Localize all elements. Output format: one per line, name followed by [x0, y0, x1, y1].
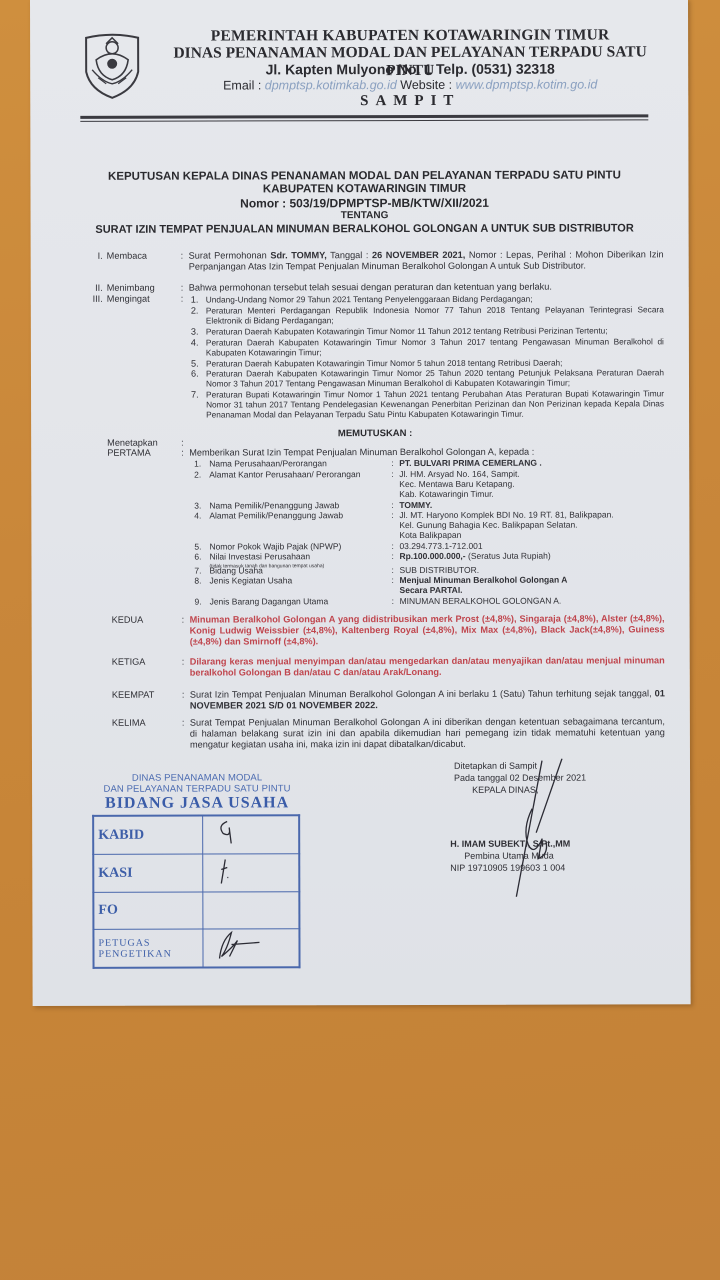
kabid-initial-icon — [203, 815, 300, 854]
law-item: Undang-Undang Nomor 29 Tahun 2021 Tentan… — [206, 293, 664, 304]
law-item: Peraturan Daerah Kabupaten Kotawaringin … — [206, 336, 664, 357]
email-label: Email : — [223, 78, 261, 92]
law-item: Peraturan Bupati Kotawaringin Timur Nomo… — [206, 388, 664, 419]
signatory-rank: Pembina Utama Muda — [464, 850, 664, 862]
letterhead-address: Jl. Kapten Mulyono No. 1 Telp. (0531) 32… — [150, 60, 670, 77]
stamp-table: KABID KASI FO PETUGAS PENGETIKAN — [92, 814, 300, 969]
approval-stamp: DINAS PENANAMAN MODAL DAN PELAYANAN TERP… — [92, 772, 303, 969]
decree-title: KEPUTUSAN KEPALA DINAS PENANAMAN MODAL D… — [80, 169, 648, 182]
typist-initial-icon — [203, 929, 300, 968]
decree-number: Nomor : 503/19/DPMPTSP-MB/KTW/XII/2021 — [81, 195, 649, 210]
letterhead-city: SAMPIT — [150, 92, 670, 110]
website-label: Website : — [400, 78, 452, 92]
stamp-row-petugas: PETUGAS PENGETIKAN — [93, 929, 299, 968]
decree-document: PEMERINTAH KABUPATEN KOTAWARINGIN TIMUR … — [30, 0, 691, 1006]
letterhead-rule-thin — [80, 119, 648, 121]
law-item: Peraturan Daerah Kabupaten Kotawaringin … — [206, 367, 664, 388]
handwritten-signature-icon — [502, 759, 572, 899]
decree-subject: SURAT IZIN TEMPAT PENJUALAN MINUMAN BERA… — [81, 222, 649, 235]
law-item: Peraturan Daerah Kabupaten Kotawaringin … — [206, 325, 664, 336]
signatory-name: H. IMAM SUBEKTI, S.Pt.,MM — [450, 838, 650, 850]
decision-heading: MEMUTUSKAN : — [91, 427, 659, 439]
letterhead-contact: Email : dpmptsp.kotimkab.go.id Website :… — [150, 77, 670, 92]
signatory-nip: NIP 19710905 199603 1 004 — [450, 862, 650, 874]
stamp-row-kasi: KASI — [93, 854, 299, 893]
decree-about: TENTANG — [81, 209, 649, 221]
website-link[interactable]: www.dpmptsp.kotim.go.id — [456, 78, 598, 92]
kasi-initial-icon — [203, 854, 300, 892]
email-link[interactable]: dpmptsp.kotimkab.go.id — [265, 78, 397, 92]
decree-title-regency: KABUPATEN KOTAWARINGIN TIMUR — [80, 182, 648, 195]
stamp-row-kabid: KABID — [93, 815, 299, 854]
law-item: Peraturan Menteri Perdagangan Republik I… — [206, 304, 664, 325]
regency-coat-of-arms-icon — [82, 32, 142, 100]
stamp-row-fo: FO — [93, 892, 299, 930]
letterhead-rule-thick — [80, 114, 648, 118]
